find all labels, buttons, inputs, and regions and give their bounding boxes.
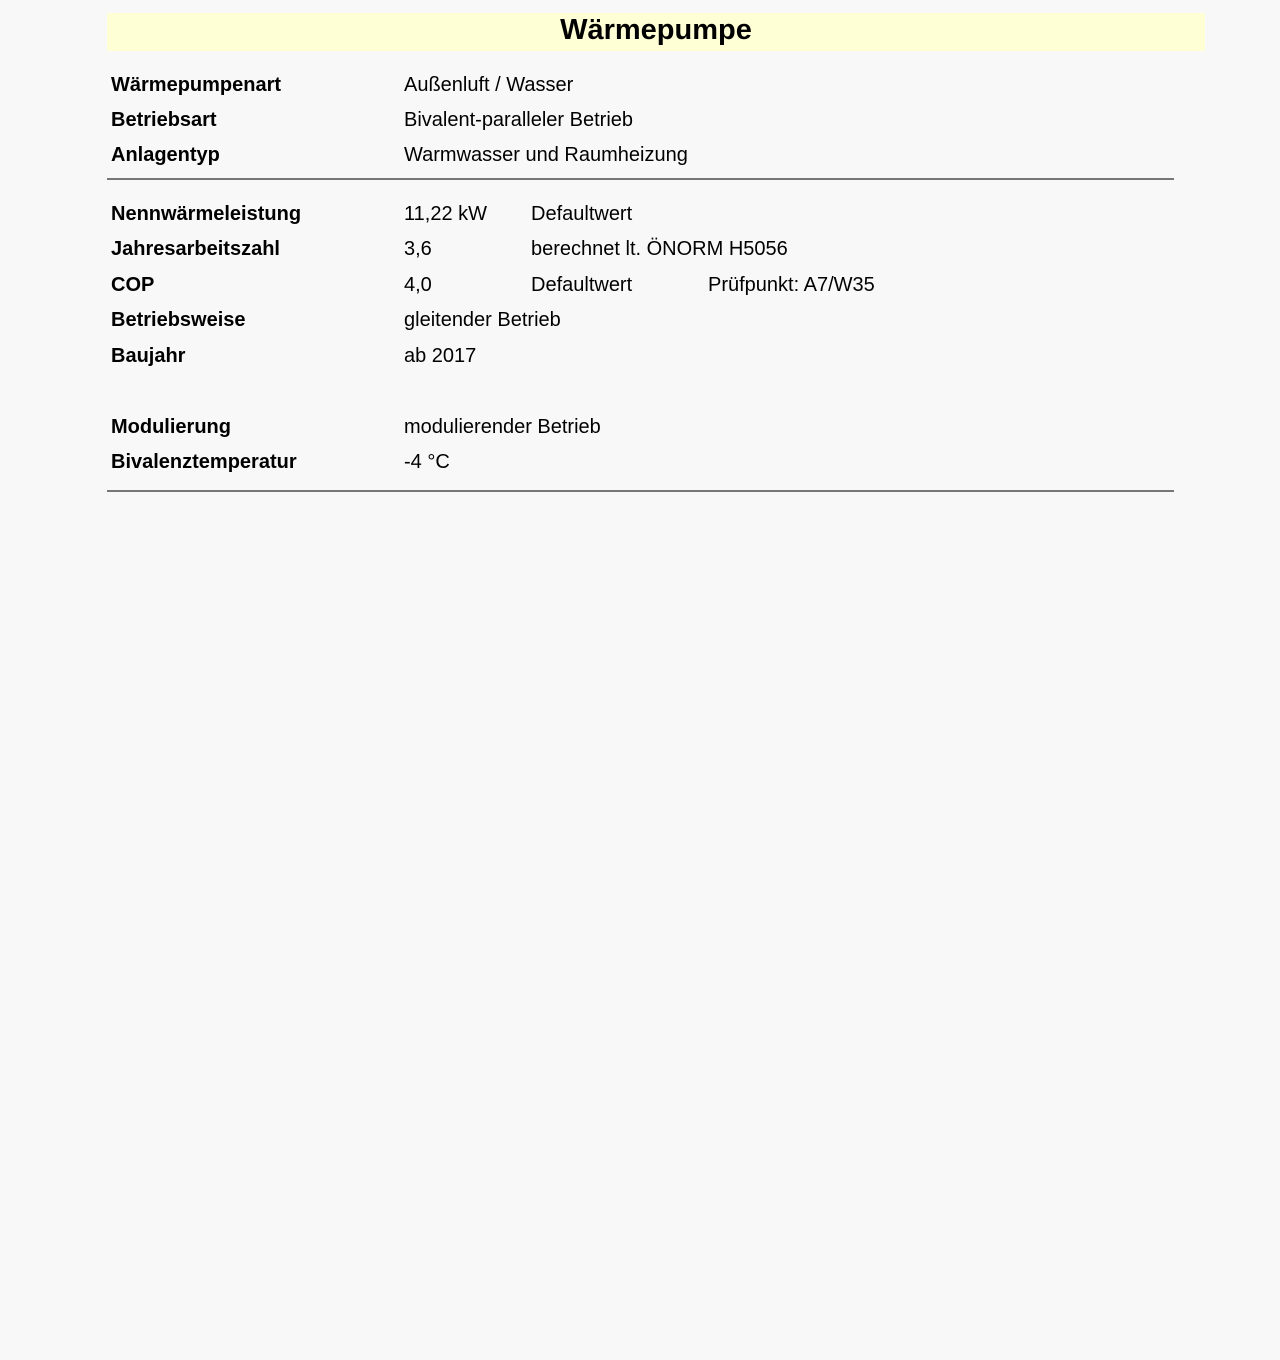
field-note: berechnet lt. ÖNORM H5056 <box>531 237 788 261</box>
field-value: 3,6 <box>404 237 432 261</box>
field-label: COP <box>111 273 154 297</box>
field-label: Bivalenztemperatur <box>111 450 297 474</box>
field-label: Wärmepumpenart <box>111 73 281 97</box>
field-label: Modulierung <box>111 415 231 439</box>
field-value: -4 °C <box>404 450 450 474</box>
field-note: Defaultwert <box>531 273 632 297</box>
field-note: Defaultwert <box>531 202 632 226</box>
field-label: Betriebsweise <box>111 308 246 332</box>
field-value: ab 2017 <box>404 344 476 368</box>
divider <box>107 178 1174 180</box>
field-value: 11,22 kW <box>404 202 487 226</box>
field-value: Außenluft / Wasser <box>404 73 573 97</box>
field-value: gleitender Betrieb <box>404 308 561 332</box>
page-title: Wärmepumpe <box>107 13 1205 48</box>
title-banner: Wärmepumpe <box>107 13 1205 51</box>
field-label: Baujahr <box>111 344 185 368</box>
field-value: 4,0 <box>404 273 432 297</box>
divider <box>107 490 1174 492</box>
field-label: Betriebsart <box>111 108 217 132</box>
field-value: Warmwasser und Raumheizung <box>404 143 688 167</box>
field-extra: Prüfpunkt: A7/W35 <box>708 273 875 297</box>
field-label: Nennwärmeleistung <box>111 202 301 226</box>
field-label: Jahresarbeitszahl <box>111 237 280 261</box>
field-value: modulierender Betrieb <box>404 415 601 439</box>
field-label: Anlagentyp <box>111 143 220 167</box>
field-value: Bivalent-paralleler Betrieb <box>404 108 633 132</box>
